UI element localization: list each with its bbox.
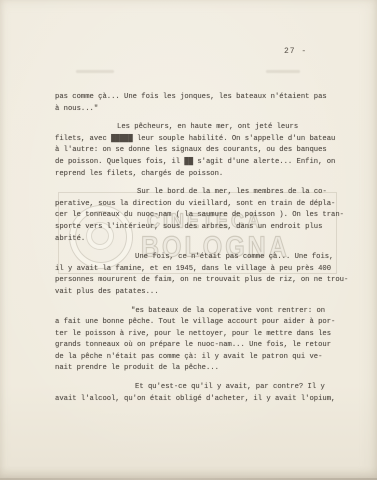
text-line: grands tonneaux où on prépare le nuoc-na…	[55, 340, 347, 352]
text-line: avait l'alcool, qu'on était obligé d'ach…	[55, 394, 347, 406]
text-line: cer le tonneaux du nuoc-nam ( la saumure…	[55, 210, 347, 222]
text-block: pas comme çà... Une fois les jonques, le…	[55, 92, 347, 405]
text-line: "es bateaux de la coperative vont rentre…	[55, 306, 347, 318]
text-line: de la pêche n'était pas comme çà: il y a…	[55, 352, 347, 364]
text-line: sporte vers l'intérieur, sous des arbres…	[55, 222, 347, 234]
text-line: abrité.	[55, 234, 347, 246]
text-line: à l'autre: on se donne les signaux des c…	[55, 145, 347, 157]
paragraph: Une fois, ce n'était pas comme çà... Une…	[55, 252, 347, 298]
paragraph: "es bateaux de la coperative vont rentre…	[55, 306, 347, 376]
text-line: Une fois, ce n'était pas comme çà... Une…	[55, 252, 347, 264]
text-line: nait prendre le produit de la pêche...	[55, 363, 347, 375]
paragraph: Et qu'est-ce qu'il y avait, par contre? …	[55, 382, 347, 405]
text-line: a fait une bonne pêche. Tout le village …	[55, 317, 347, 329]
text-line: vait plus des patates...	[55, 287, 347, 299]
scanned-page: 27 - CINETECA BOLOGNA pas comme çà... Un…	[0, 0, 377, 480]
pencil-smudge	[76, 70, 114, 73]
text-line: Sur le bord de la mer, les membres de la…	[55, 187, 347, 199]
text-line: pas comme çà... Une fois les jonques, le…	[55, 92, 347, 104]
pencil-smudge	[266, 70, 300, 73]
text-line: Et qu'est-ce qu'il y avait, par contre? …	[55, 382, 347, 394]
text-line: perative, sous la direction du vieillard…	[55, 199, 347, 211]
paragraph: pas comme çà... Une fois les jonques, le…	[55, 92, 347, 115]
text-line: filets, avec █████ leur souple habilité.…	[55, 134, 347, 146]
text-line: de poisson. Quelques fois, il ██ s'agit …	[55, 157, 347, 169]
text-line: personnes moururent de faim, on ne trouv…	[55, 275, 347, 287]
paragraph: Les pêcheurs, en haute mer, ont jeté leu…	[55, 122, 347, 180]
text-line: Les pêcheurs, en haute mer, ont jeté leu…	[55, 122, 347, 134]
text-line: à nous..."	[55, 104, 347, 116]
paragraph: Sur le bord de la mer, les membres de la…	[55, 187, 347, 245]
text-line: ter le poisson à rive, pour le nettoyer,…	[55, 329, 347, 341]
text-line: reprend les filets, chargés de poisson.	[55, 169, 347, 181]
text-line: il y avait la famine, et en 1945, dans l…	[55, 264, 347, 276]
page-number: 27 -	[284, 47, 307, 56]
